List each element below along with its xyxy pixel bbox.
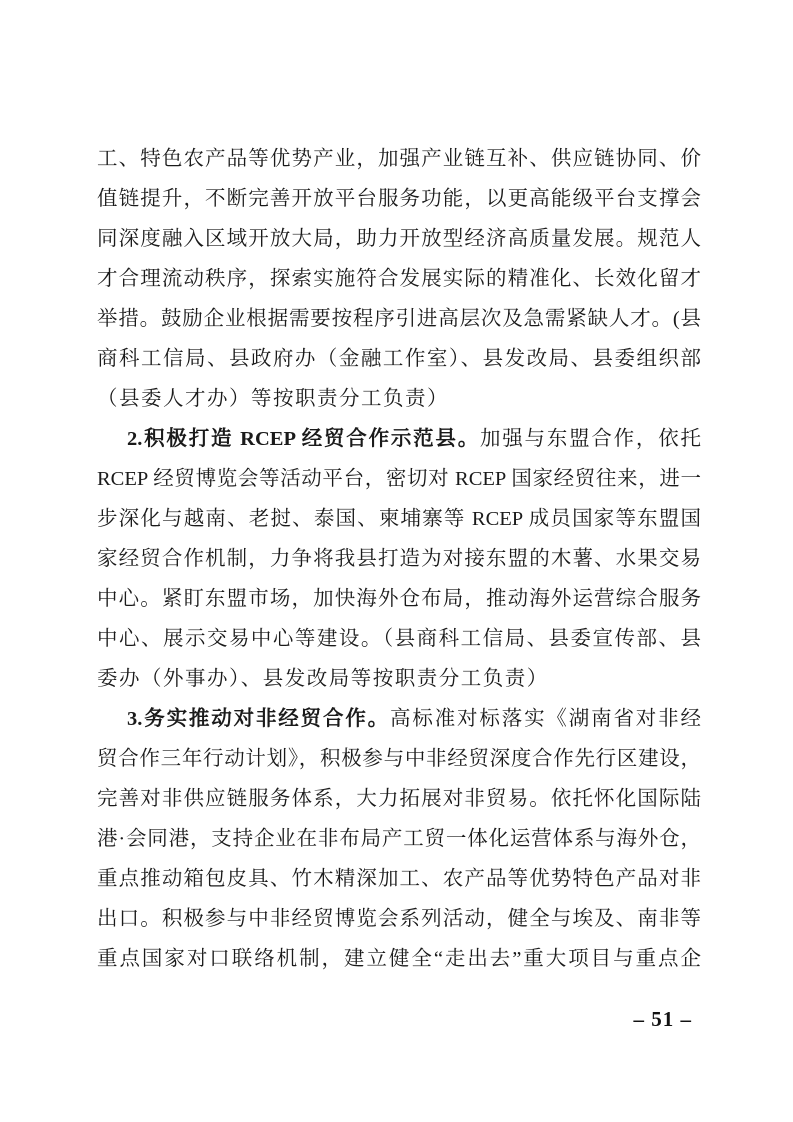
text-line: 出口。积极参与中非经贸博览会系列活动，健全与埃及、南非等 [97, 899, 701, 939]
text-segment: 举措。鼓励企业根据需要按程序引进高层次及急需紧缺人才。(县 [97, 308, 701, 330]
text-segment: 重点推动箱包皮具、竹木精深加工、农产品等优势特色产品对非 [97, 868, 701, 890]
text-segment: 步深化与越南、老挝、泰国、柬埔寨等 RCEP 成员国家等东盟国 [97, 508, 701, 530]
text-line: 贸合作三年行动计划》，积极参与中非经贸深度合作先行区建设， [97, 739, 701, 779]
text-segment: （县委人才办）等按职责分工负责） [97, 388, 449, 410]
page-number: – 51 – [634, 1007, 693, 1032]
text-line: 港·会同港，支持企业在非布局产工贸一体化运营体系与海外仓， [97, 819, 701, 859]
text-segment: 家经贸合作机制，力争将我县打造为对接东盟的木薯、水果交易 [97, 548, 701, 570]
text-line: 步深化与越南、老挝、泰国、柬埔寨等 RCEP 成员国家等东盟国 [97, 499, 701, 539]
document-page: 工、特色农产品等优势产业，加强产业链互补、供应链协同、价值链提升，不断完善开放平… [0, 0, 793, 1122]
text-segment: 同深度融入区域开放大局，助力开放型经济高质量发展。规范人 [97, 228, 701, 250]
paragraph-heading: 2.积极打造 RCEP 经贸合作示范县。 [127, 428, 480, 450]
text-line: 2.积极打造 RCEP 经贸合作示范县。加强与东盟合作，依托 [97, 419, 701, 459]
text-segment: 值链提升，不断完善开放平台服务功能，以更高能级平台支撑会 [97, 188, 701, 210]
text-line: 家经贸合作机制，力争将我县打造为对接东盟的木薯、水果交易 [97, 539, 701, 579]
text-line: 完善对非供应链服务体系，大力拓展对非贸易。依托怀化国际陆 [97, 779, 701, 819]
text-segment: 港·会同港，支持企业在非布局产工贸一体化运营体系与海外仓， [97, 828, 701, 850]
text-segment: 才合理流动秩序，探索实施符合发展实际的精准化、长效化留才 [97, 268, 701, 290]
text-line: 商科工信局、县政府办（金融工作室）、县发改局、县委组织部 [97, 339, 701, 379]
text-line: 3.务实推动对非经贸合作。高标准对标落实《湖南省对非经 [97, 699, 701, 739]
paragraph-heading: 3.务实推动对非经贸合作。 [127, 708, 390, 730]
text-line: 重点推动箱包皮具、竹木精深加工、农产品等优势特色产品对非 [97, 859, 701, 899]
text-segment: 加强与东盟合作，依托 [480, 428, 701, 450]
text-segment: 中心、展示交易中心等建设。（县商科工信局、县委宣传部、县 [97, 628, 701, 650]
text-line: （县委人才办）等按职责分工负责） [97, 379, 701, 419]
text-line: 举措。鼓励企业根据需要按程序引进高层次及急需紧缺人才。(县 [97, 299, 701, 339]
text-segment: 工、特色农产品等优势产业，加强产业链互补、供应链协同、价 [97, 148, 701, 170]
text-segment: RCEP 经贸博览会等活动平台，密切对 RCEP 国家经贸往来，进一 [97, 468, 701, 490]
text-segment: 委办（外事办）、县发改局等按职责分工负责） [97, 668, 549, 690]
text-line: 中心。紧盯东盟市场，加快海外仓布局，推动海外运营综合服务 [97, 579, 701, 619]
text-segment: 商科工信局、县政府办（金融工作室）、县发改局、县委组织部 [97, 348, 701, 370]
text-segment: 完善对非供应链服务体系，大力拓展对非贸易。依托怀化国际陆 [97, 788, 701, 810]
text-line: 值链提升，不断完善开放平台服务功能，以更高能级平台支撑会 [97, 179, 701, 219]
text-segment: 贸合作三年行动计划》，积极参与中非经贸深度合作先行区建设， [97, 748, 701, 770]
text-line: 同深度融入区域开放大局，助力开放型经济高质量发展。规范人 [97, 219, 701, 259]
text-segment: 中心。紧盯东盟市场，加快海外仓布局，推动海外运营综合服务 [97, 588, 701, 610]
text-line: 委办（外事办）、县发改局等按职责分工负责） [97, 659, 701, 699]
text-segment: 重点国家对口联络机制，建立健全“走出去”重大项目与重点企 [97, 948, 701, 970]
text-line: 才合理流动秩序，探索实施符合发展实际的精准化、长效化留才 [97, 259, 701, 299]
text-line: 工、特色农产品等优势产业，加强产业链互补、供应链协同、价 [97, 139, 701, 179]
text-line: 重点国家对口联络机制，建立健全“走出去”重大项目与重点企 [97, 939, 701, 979]
text-segment: 高标准对标落实《湖南省对非经 [390, 708, 701, 730]
document-body: 工、特色农产品等优势产业，加强产业链互补、供应链协同、价值链提升，不断完善开放平… [97, 139, 701, 979]
text-segment: 出口。积极参与中非经贸博览会系列活动，健全与埃及、南非等 [97, 908, 701, 930]
text-line: 中心、展示交易中心等建设。（县商科工信局、县委宣传部、县 [97, 619, 701, 659]
text-line: RCEP 经贸博览会等活动平台，密切对 RCEP 国家经贸往来，进一 [97, 459, 701, 499]
